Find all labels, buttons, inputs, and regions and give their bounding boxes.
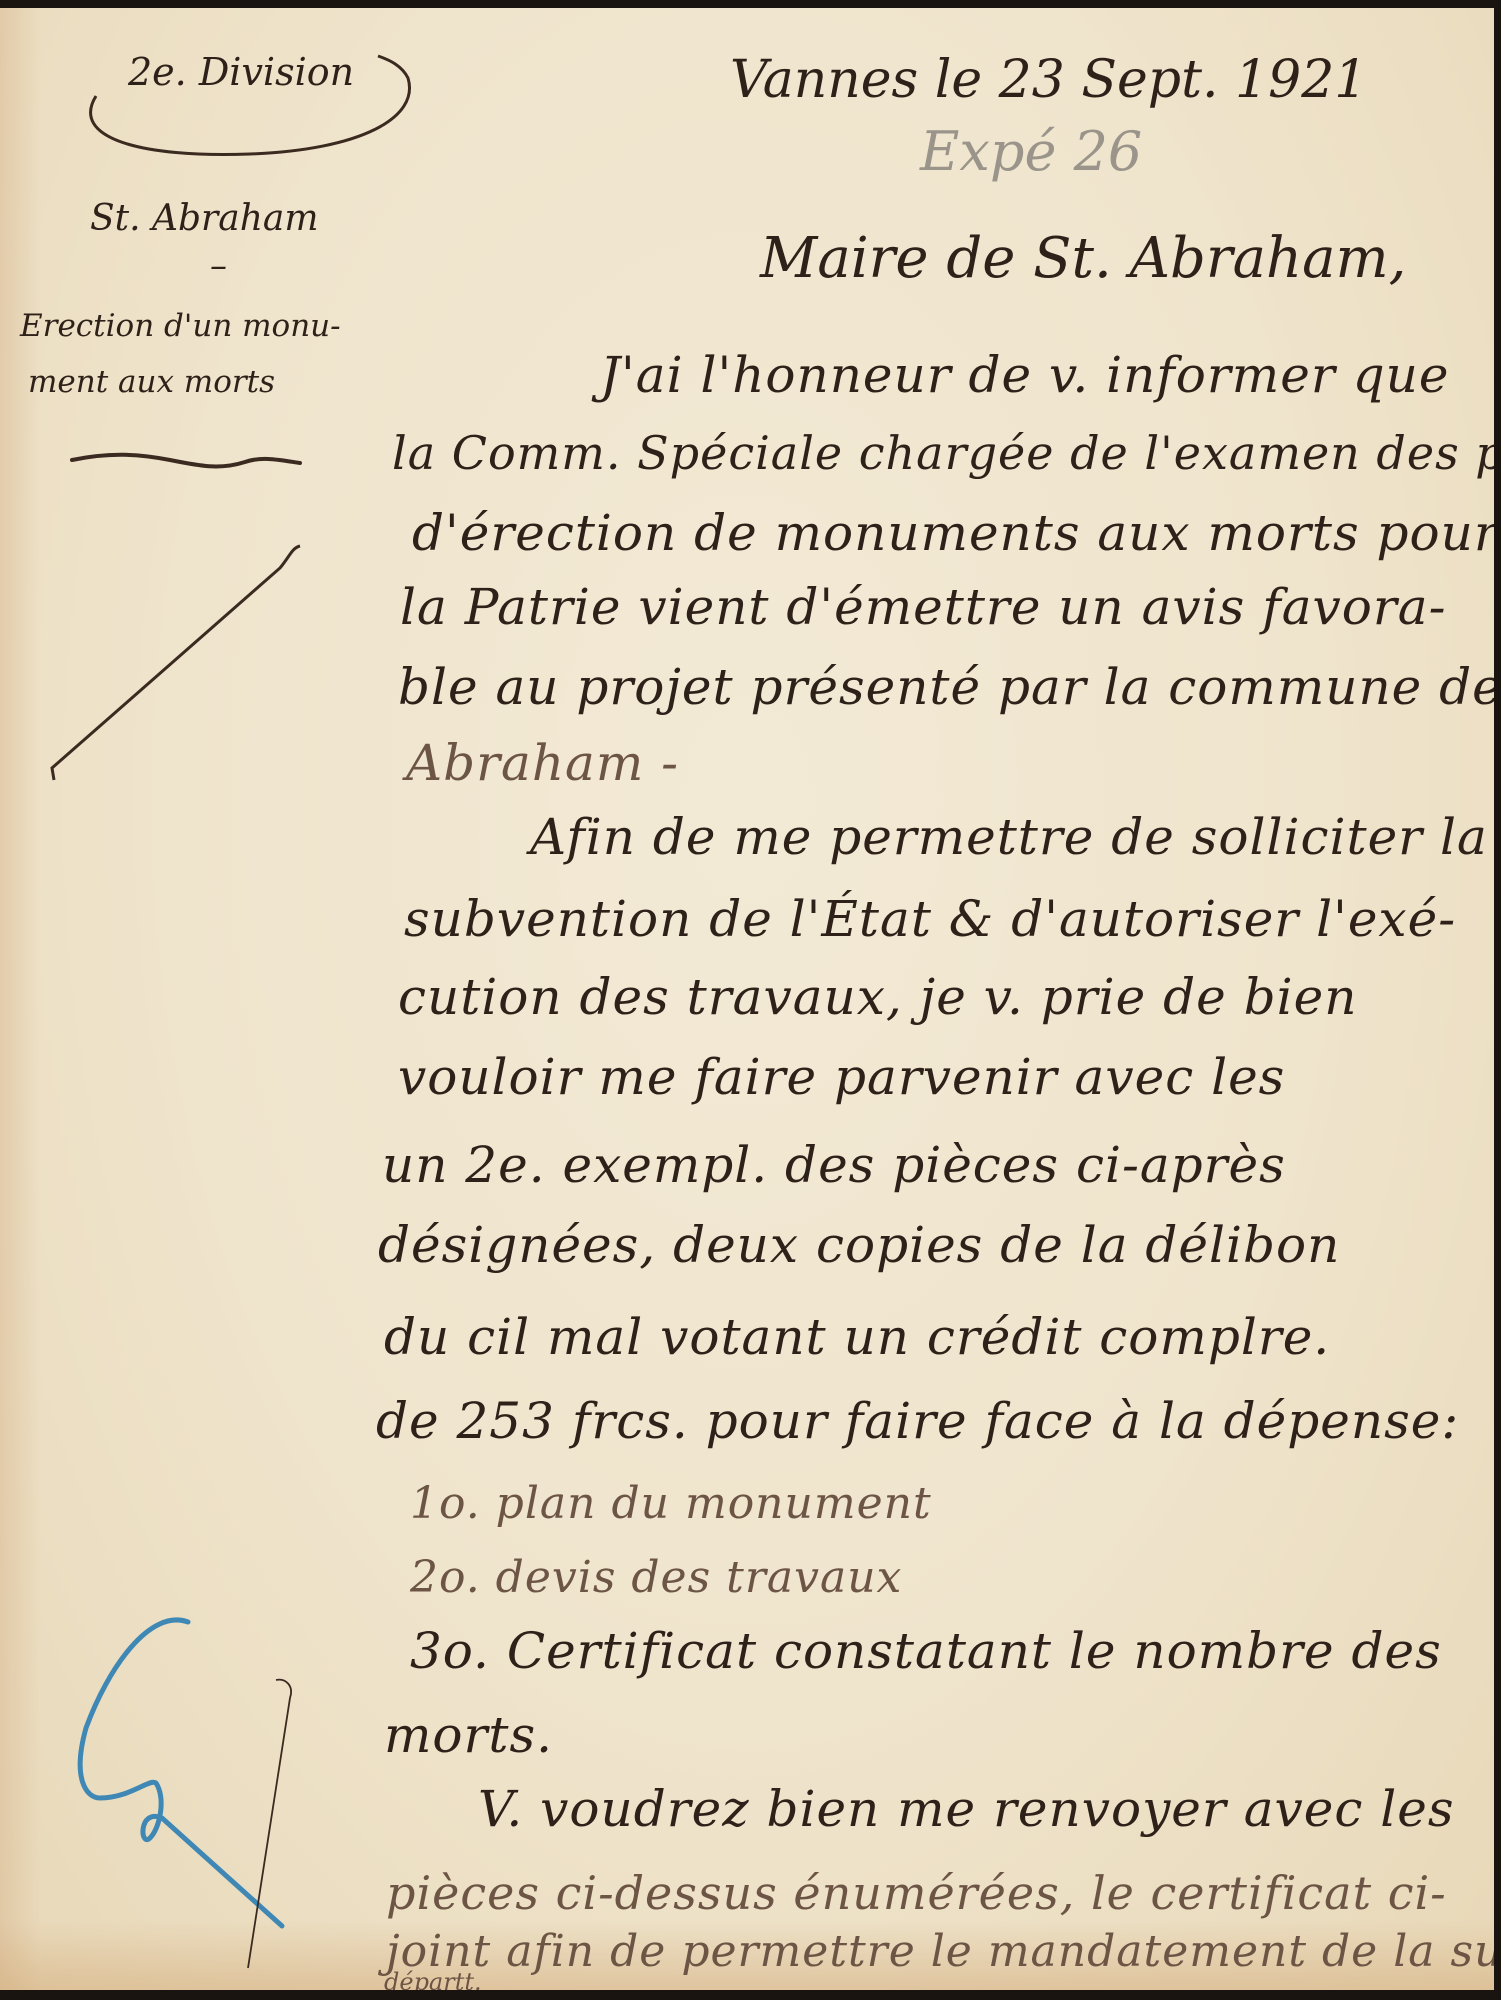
document-page: 2e. Division St. Abraham – Erection d'un… xyxy=(0,8,1494,1990)
margin-bracket-icon xyxy=(248,1680,291,1968)
ink-strokes xyxy=(0,8,1494,1990)
diagonal-strike-icon xyxy=(52,546,300,780)
wavy-rule-icon xyxy=(72,455,300,467)
division-oval-icon xyxy=(91,56,410,155)
blue-paraph-icon xyxy=(80,1620,282,1926)
